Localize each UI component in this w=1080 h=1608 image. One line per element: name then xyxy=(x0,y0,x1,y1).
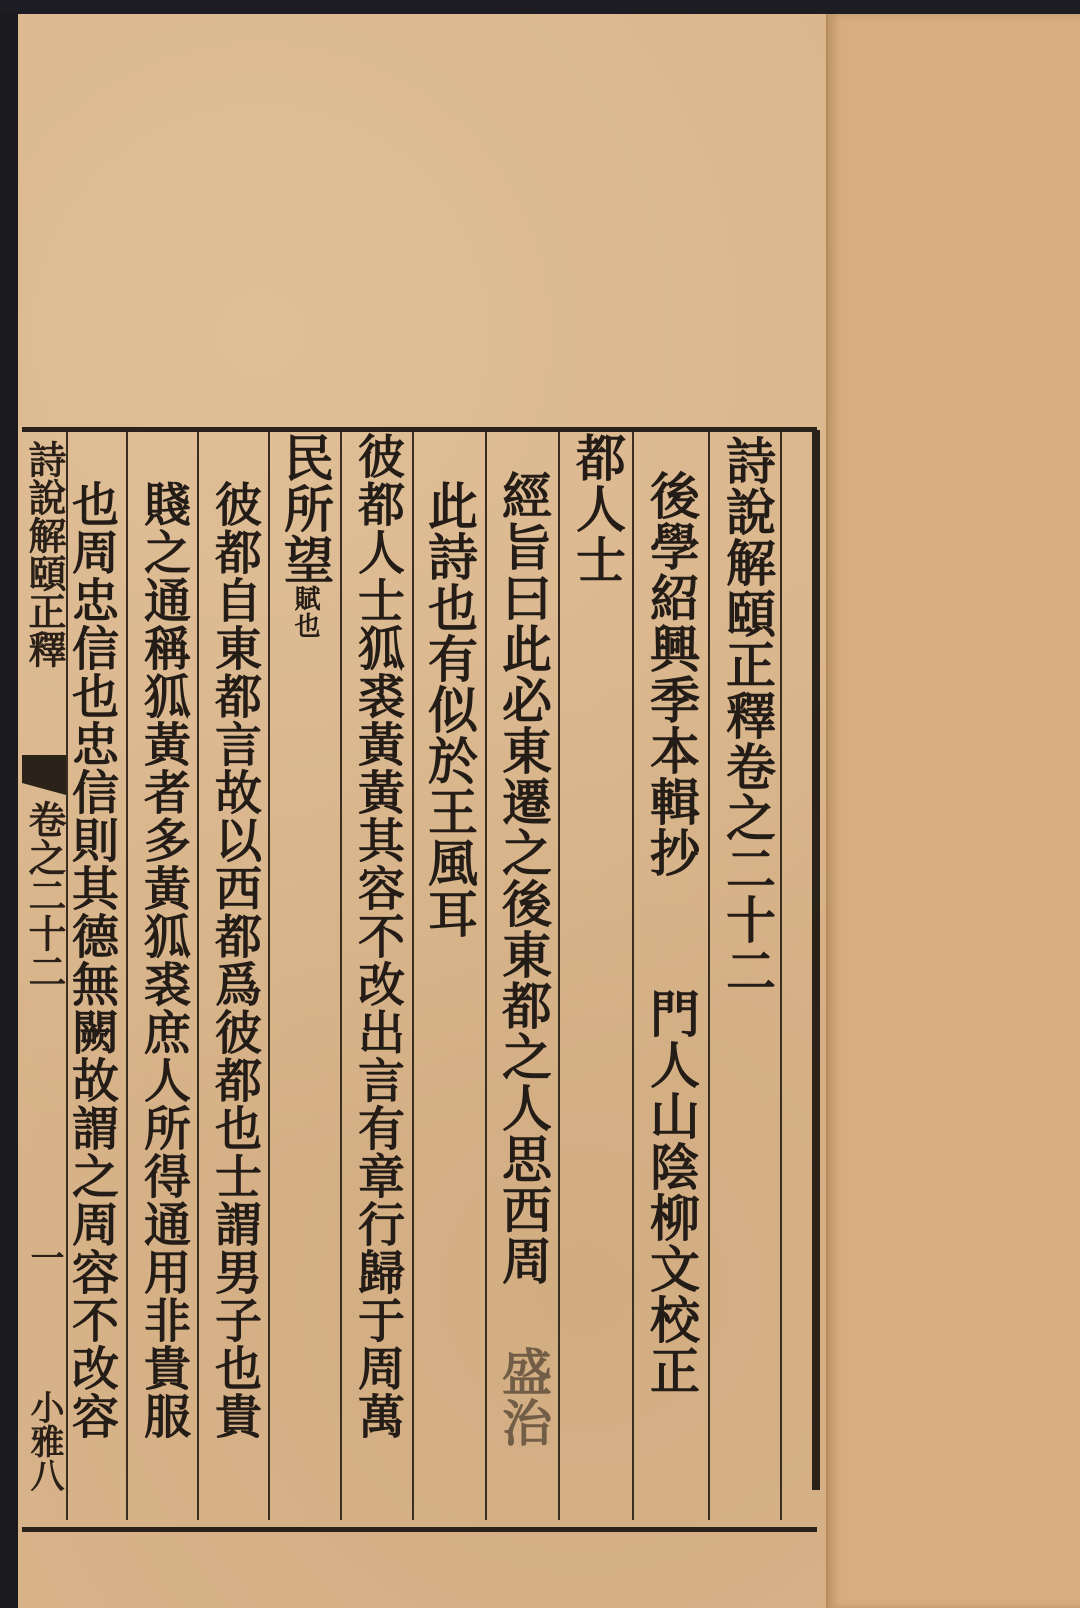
compiler-line: 後學紹興季本輯抄門人山陰柳文校正 xyxy=(636,470,706,1396)
verse-text: 民所望 xyxy=(276,432,335,585)
column-rule xyxy=(632,432,634,1520)
commentary-faded-text: 盛治 xyxy=(494,1346,553,1448)
column-rule xyxy=(708,432,710,1520)
commentary-column: 此詩也有似於王風耳 xyxy=(414,480,484,939)
note-column: 賤之通稱狐黃者多黃狐裘庶人所得通用非貴服 xyxy=(128,480,198,1440)
poem-title: 都人士 xyxy=(562,432,632,585)
volume-title: 詩說解頤正釋卷之二十二 xyxy=(712,435,782,996)
column-rule xyxy=(558,432,560,1520)
commentary-column: 經旨曰此必東遷之後東都之人思西周盛治 xyxy=(488,470,558,1448)
note-column: 彼都自東都言故以西都爲彼都也士謂男子也貴 xyxy=(199,480,269,1440)
compiler-text: 後學紹興季本輯抄 xyxy=(642,470,701,878)
note-column: 也周忠信也忠信則其德無闕故謂之周容不改容 xyxy=(56,480,126,1440)
frame-right-border xyxy=(812,430,820,1490)
verse-column: 彼都人士狐裘黃黃其容不改出言有章行歸于周萬 xyxy=(342,432,412,1440)
right-page-blank xyxy=(826,14,1080,1608)
verse-continuation: 民所望賦也 xyxy=(270,432,340,639)
scan-background-top xyxy=(0,0,1080,14)
column-rule xyxy=(485,432,487,1520)
proofreader-text: 門人山陰柳文校正 xyxy=(642,988,701,1396)
verse-annotation: 賦也 xyxy=(290,585,320,639)
commentary-text: 經旨曰此必東遷之後東都之人思西周 xyxy=(494,470,553,1286)
